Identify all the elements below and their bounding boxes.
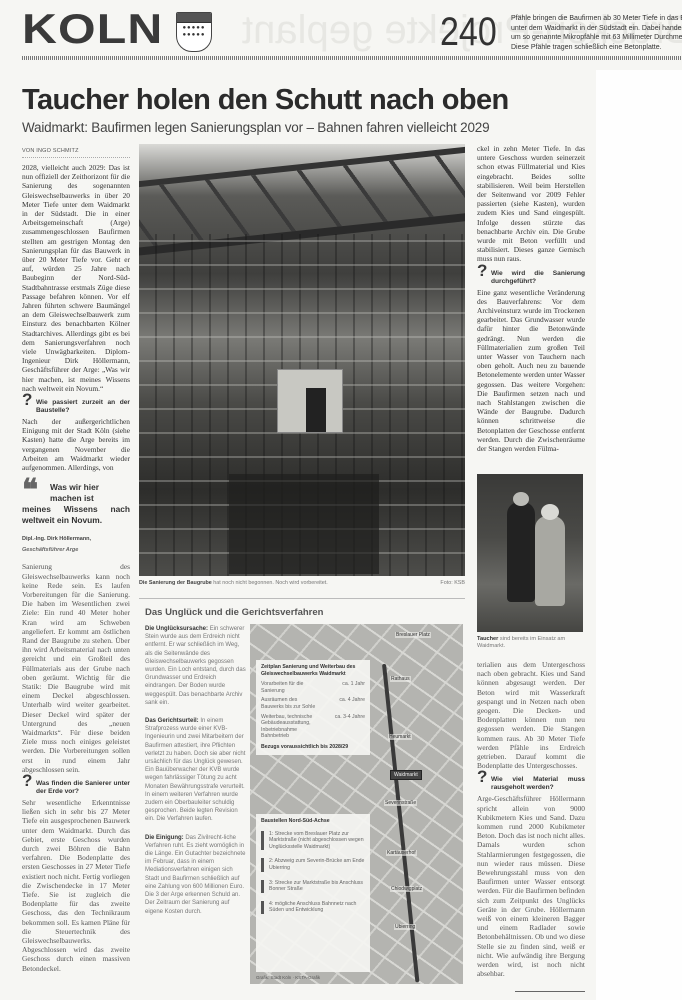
- answer-text-3: Eine ganz wesentliche Veränderung des Ba…: [477, 288, 585, 454]
- site-hut: [277, 369, 343, 433]
- photo-caption: Die Sanierung der Baugrube hat noch nich…: [139, 580, 465, 586]
- info-box-title: Das Unglück und die Gerichtsverfahren: [145, 607, 323, 618]
- construction-site-photo: [139, 144, 465, 576]
- masthead: Brücken-Projekte geplant KOLN ●●●●●●●●●●…: [22, 6, 682, 62]
- info-item: Das Gerichtsurteil: In einem Strafprozes…: [145, 717, 247, 824]
- station-label: Severinstraße: [384, 800, 417, 806]
- article-column-3: ckel in zehn Meter Tiefe. In das untere …: [477, 144, 585, 453]
- construction-legend: Baustellen Nord-Süd-Achse 1: Strecke vom…: [256, 814, 370, 972]
- question-heading-2: ? Was finden die Sanierer unter der Erde…: [22, 780, 130, 796]
- question-mark-icon: ?: [477, 267, 487, 275]
- info-item: Die Einigung: Das Zivilrecht-liche Verfa…: [145, 834, 247, 916]
- map-credit: Grafik: Stadt Köln · KSTA-Grafik: [256, 975, 320, 980]
- caption-divider: [139, 598, 465, 599]
- fact-number: 240: [440, 10, 497, 54]
- info-box-text: Die Unglücksursache: Ein schwerer Stein …: [145, 625, 247, 926]
- article-column-3-continued: terialien aus dem Untergeschoss nach obe…: [477, 660, 585, 979]
- question-heading-3: ? Wie wird die Sanierung durchgeführt?: [477, 270, 585, 286]
- pull-quote: ❝ Was wir hier machen ist meines Wissens…: [22, 482, 130, 556]
- headline: Taucher holen den Schutt nach oben: [22, 83, 592, 117]
- answer-text-4: Arge-Geschäftsführer Höllermann spricht …: [477, 794, 585, 978]
- photo-credit: Foto: KSB: [440, 580, 465, 586]
- station-label: Rathaus: [390, 676, 411, 682]
- article-text: ckel in zehn Meter Tiefe. In das untere …: [477, 144, 585, 264]
- info-item: Die Unglücksursache: Ein schwerer Stein …: [145, 625, 247, 707]
- newspaper-page: Brücken-Projekte geplant KOLN ●●●●●●●●●●…: [0, 0, 682, 1000]
- question-heading-4: ? Wie viel Material muss rausgeholt werd…: [477, 776, 585, 792]
- article-column-1: 2028, vielleicht auch 2029: Das ist nun …: [22, 163, 130, 973]
- question-mark-icon: ?: [22, 777, 32, 785]
- route-map: Breslauer Platz Rathaus Heumarkt Waidmar…: [250, 624, 463, 984]
- dotted-divider: [22, 56, 682, 60]
- divers-photo: [477, 474, 583, 632]
- article-intro: 2028, vielleicht auch 2029: Das ist nun …: [22, 163, 130, 393]
- crest-flames: ●●●●●●●●●●: [177, 23, 211, 39]
- article-end-rule: [515, 991, 585, 992]
- question-heading-1: ? Wie passiert zurzeit an der Baustelle?: [22, 399, 130, 415]
- section-title: KOLN: [22, 6, 163, 52]
- station-label: Breslauer Platz: [395, 632, 431, 638]
- station-label: Chlodwigplatz: [390, 886, 423, 892]
- article-continuation: Sanierung des Gleiswechselbauwerks kann …: [22, 562, 130, 774]
- diver-figure: [535, 516, 565, 606]
- schedule-legend: Zeitplan Sanierung und Weiterbau des Gle…: [256, 660, 370, 755]
- station-label: Kartäuserhof: [386, 850, 417, 856]
- subway-route-line: [382, 664, 419, 983]
- quote-author: Dipl.-Ing. Dirk Höllermann,: [22, 534, 130, 545]
- answer-text-2: Sehr wesentliche Erkenntnisse ließen sic…: [22, 798, 130, 973]
- crest-crowns-band: [177, 13, 211, 23]
- quote-author-role: Geschäftsführer Arge: [22, 545, 130, 556]
- subheadline: Waidmarkt: Baufirmen legen Sanierungspla…: [22, 120, 592, 135]
- fact-text: Pfähle bringen die Baufirmen ab 30 Meter…: [511, 14, 682, 52]
- divers-photo-caption: Taucher sind bereits im Einsatz am Waidm…: [477, 636, 585, 650]
- station-label: Ubierring: [394, 924, 416, 930]
- question-mark-icon: ?: [477, 773, 487, 781]
- diver-figure: [507, 502, 535, 602]
- quote-marks-icon: ❝: [22, 476, 38, 506]
- answer-text-1: Nach der außergerichtlichen Einigung mit…: [22, 417, 130, 472]
- cologne-coat-of-arms-icon: ●●●●●●●●●●: [176, 12, 212, 52]
- station-label: Heumarkt: [388, 734, 412, 740]
- byline: VON INGO SCHMITZ: [22, 148, 79, 154]
- station-label-highlight: Waidmarkt: [390, 770, 422, 780]
- article-text: terialien aus dem Untergeschoss nach obe…: [477, 660, 585, 770]
- excavation-pit: [229, 474, 379, 574]
- byline-divider: [22, 157, 130, 158]
- question-mark-icon: ?: [22, 396, 32, 404]
